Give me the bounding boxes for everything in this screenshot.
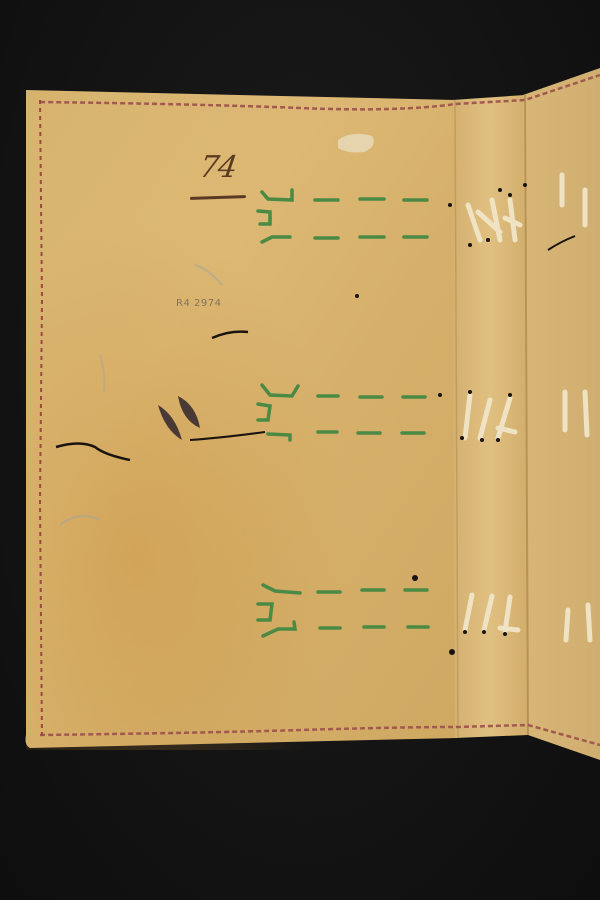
pencil-annotation: R4 2974: [176, 298, 221, 309]
vellum-binding: [0, 0, 600, 900]
shelfmark-number: 74: [198, 150, 239, 185]
spine-panel: [452, 95, 528, 738]
